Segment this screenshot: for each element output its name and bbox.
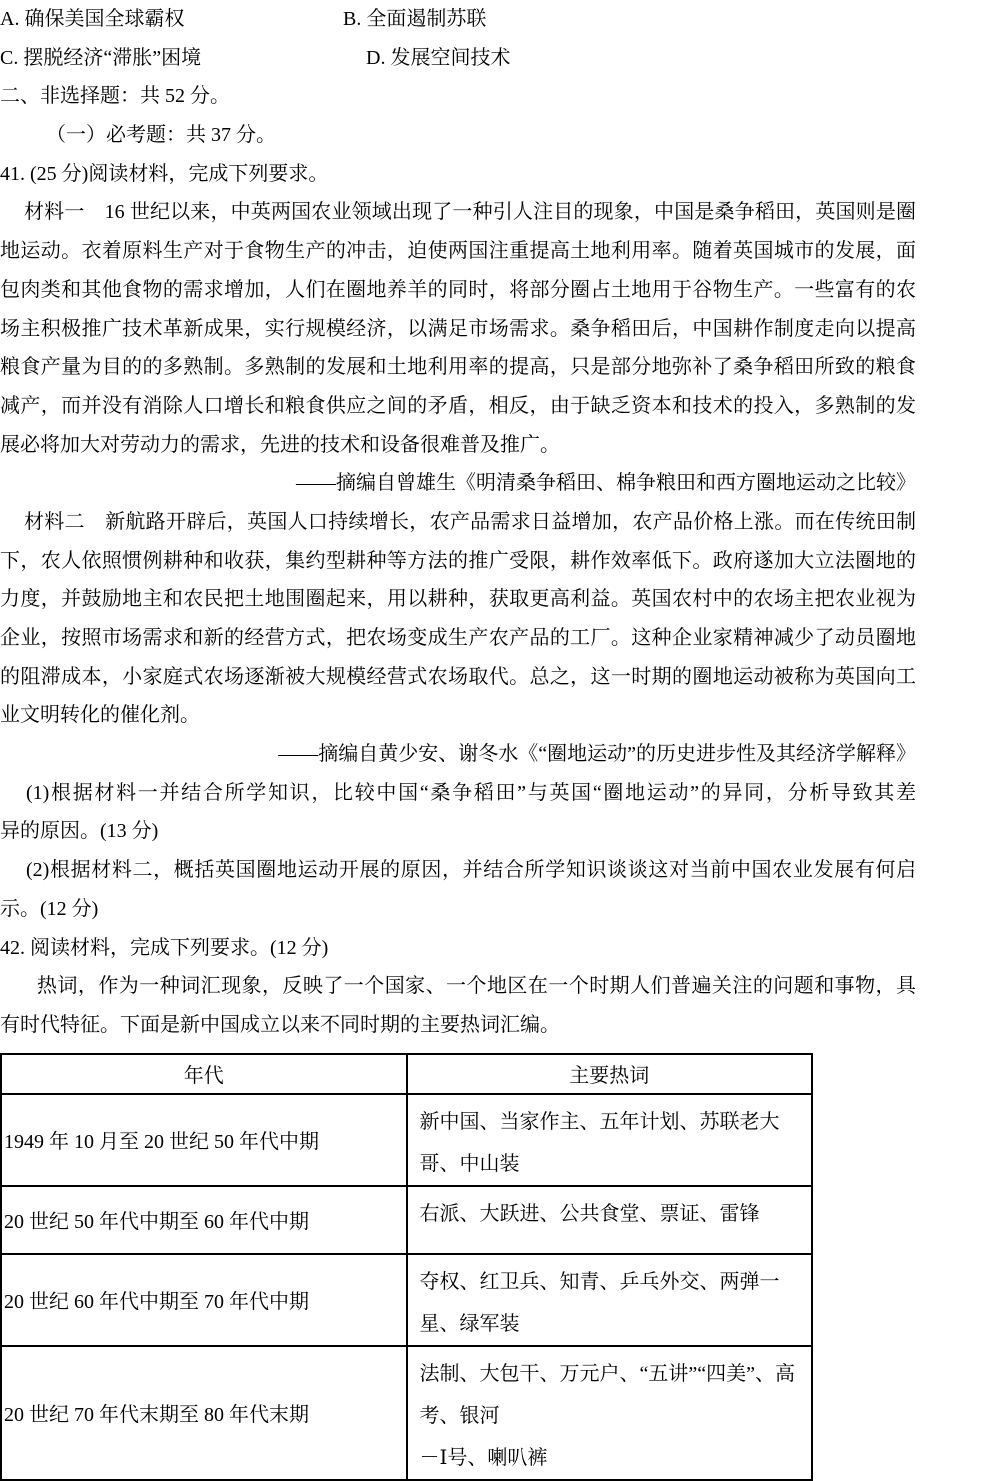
material1-source: ——摘编自曾雄生《明清桑争稻田、棉争粮田和西方圈地运动之比较》 [0,464,916,503]
words-line: －Ⅰ号、喇叭裤 [420,1437,806,1479]
words-line: 右派、大跃进、公共食堂、票证、雷锋 [420,1193,806,1235]
material2-line: 业文明转化的催化剂。 [0,696,916,735]
period-cell: 1949 年 10 月至 20 世纪 50 年代中期 [1,1094,407,1186]
material1-line: 场主积极推广技术革新成果，实行规模经济，以满足市场需求。桑争稻田后，中国耕作制度… [0,310,916,349]
option-c: C. 摆脱经济“滞胀”困境 [0,39,366,78]
words-line: 夺权、红卫兵、知青、乒乓外交、两弹一星、绿军装 [420,1261,806,1345]
q41-question2-line: 示。(12 分) [0,890,916,929]
period-cell: 20 世纪 60 年代中期至 70 年代中期 [1,1254,407,1346]
table-header-row: 年代 主要热词 [1,1054,812,1094]
words-cell: 新中国、当家作主、五年计划、苏联老大哥、中山装 [407,1094,813,1186]
material2-line: 下，农人依照惯例耕种和收获，集约型耕种等方法的推广受限，耕作效率低下。政府遂加大… [0,542,916,581]
material1-line: 包肉类和其他食物的需求增加，人们在圈地养羊的同时，将部分圈占土地用于谷物生产。一… [0,271,916,310]
material1-line: 粮食产量为目的的多熟制。多熟制的发展和土地利用率的提高，只是部分地弥补了桑争稻田… [0,348,916,387]
option-a: A. 确保美国全球霸权 [0,0,343,39]
table-row: 20 世纪 70 年代末期至 80 年代末期 法制、大包干、万元户、“五讲”“四… [1,1346,812,1480]
material1-line: 展必将加大对劳动力的需求，先进的技术和设备很难普及推广。 [0,426,916,465]
q41-title: 41. (25 分)阅读材料，完成下列要求。 [0,155,916,194]
period-cell: 20 世纪 50 年代中期至 60 年代中期 [1,1186,407,1254]
subsection-heading: （一）必考题：共 37 分。 [0,116,916,155]
table-row: 20 世纪 60 年代中期至 70 年代中期 夺权、红卫兵、知青、乒乓外交、两弹… [1,1254,812,1346]
option-d: D. 发展空间技术 [366,47,510,69]
hot-words-table: 年代 主要热词 1949 年 10 月至 20 世纪 50 年代中期 新中国、当… [0,1053,813,1481]
words-cell: 法制、大包干、万元户、“五讲”“四美”、高考、银河 －Ⅰ号、喇叭裤 [407,1346,813,1480]
q42-title: 42. 阅读材料，完成下列要求。(12 分) [0,929,916,968]
words-line: 新中国、当家作主、五年计划、苏联老大哥、中山装 [420,1101,806,1185]
material2-line: 力度，并鼓励地主和农民把土地围圈起来，用以耕种，获取更高利益。英国农村中的农场主… [0,580,916,619]
table-header-words: 主要热词 [407,1054,813,1094]
section-heading: 二、非选择题：共 52 分。 [0,77,916,116]
options-row-ab: A. 确保美国全球霸权B. 全面遏制苏联 [0,0,916,39]
material1-line: 地运动。衣着原料生产对于食物生产的冲击，迫使两国注重提高土地利用率。随着英国城市… [0,232,916,271]
material2-line: 材料二 新航路开辟后，英国人口持续增长，农产品需求日益增加，农产品价格上涨。而在… [0,503,916,542]
words-cell: 夺权、红卫兵、知青、乒乓外交、两弹一星、绿军装 [407,1254,813,1346]
table-row: 1949 年 10 月至 20 世纪 50 年代中期 新中国、当家作主、五年计划… [1,1094,812,1186]
q42-intro-line: 热词，作为一种词汇现象，反映了一个国家、一个地区在一个时期人们普遍关注的问题和事… [0,967,916,1006]
period-cell: 20 世纪 70 年代末期至 80 年代末期 [1,1346,407,1480]
q41-question2-line: (2)根据材料二，概括英国圈地运动开展的原因，并结合所学知识谈谈这对当前中国农业… [0,851,916,890]
material2-line: 的阻滞成本，小家庭式农场逐渐被大规模经营式农场取代。总之，这一时期的圈地运动被称… [0,658,916,697]
material1-line: 减产，而并没有消除人口增长和粮食供应之间的矛盾，相反，由于缺乏资本和技术的投入，… [0,387,916,426]
table-row: 20 世纪 50 年代中期至 60 年代中期 右派、大跃进、公共食堂、票证、雷锋 [1,1186,812,1254]
material2-source: ——摘编自黄少安、谢冬水《“圈地运动”的历史进步性及其经济学解释》 [0,735,916,774]
option-b: B. 全面遏制苏联 [343,8,486,30]
options-row-cd: C. 摆脱经济“滞胀”困境D. 发展空间技术 [0,39,916,78]
q42-intro-line: 有时代特征。下面是新中国成立以来不同时期的主要热词汇编。 [0,1006,916,1045]
q41-question1-line: (1)根据材料一并结合所学知识，比较中国“桑争稻田”与英国“圈地运动”的异同，分… [0,774,916,813]
exam-page: A. 确保美国全球霸权B. 全面遏制苏联 C. 摆脱经济“滞胀”困境D. 发展空… [0,0,916,1481]
table-header-period: 年代 [1,1054,407,1094]
material1-line: 材料一 16 世纪以来，中英两国农业领域出现了一种引人注目的现象，中国是桑争稻田… [0,193,916,232]
words-line: 法制、大包干、万元户、“五讲”“四美”、高考、银河 [420,1353,806,1437]
words-cell: 右派、大跃进、公共食堂、票证、雷锋 [407,1186,813,1254]
q41-question1-line: 异的原因。(13 分) [0,812,916,851]
material2-line: 企业，按照市场需求和新的经营方式，把农场变成生产农产品的工厂。这种企业家精神减少… [0,619,916,658]
